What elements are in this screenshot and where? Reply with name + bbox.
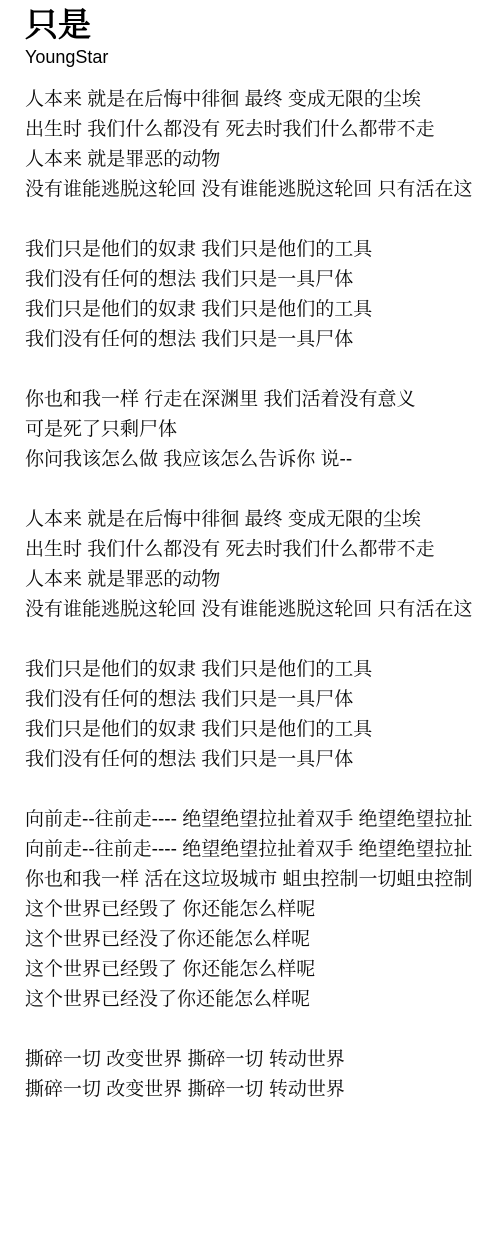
lyric-line: 撕碎一切 改变世界 撕碎一切 转动世界 bbox=[25, 1045, 500, 1075]
lyrics-section: 你也和我一样 行走在深渊里 我们活着没有意义可是死了只剩尸体你问我该怎么做 我应… bbox=[25, 385, 500, 475]
lyric-line: 没有谁能逃脱这轮回 没有谁能逃脱这轮回 只有活在这 bbox=[25, 595, 500, 625]
lyric-line: 人本来 就是罪恶的动物 bbox=[25, 145, 500, 175]
lyric-line: 向前走--往前走---- 绝望绝望拉扯着双手 绝望绝望拉扯 bbox=[25, 835, 500, 865]
lyric-line: 我们只是他们的奴隶 我们只是他们的工具 bbox=[25, 655, 500, 685]
artist-name: YoungStar bbox=[25, 45, 500, 69]
lyrics-section: 人本来 就是在后悔中徘徊 最终 变成无限的尘埃出生时 我们什么都没有 死去时我们… bbox=[25, 85, 500, 205]
lyric-line: 你也和我一样 活在这垃圾城市 蛆虫控制一切蛆虫控制 bbox=[25, 865, 500, 895]
lyric-line: 这个世界已经没了你还能怎么样呢 bbox=[25, 925, 500, 955]
lyric-line: 我们没有任何的想法 我们只是一具尸体 bbox=[25, 325, 500, 355]
lyrics-section: 撕碎一切 改变世界 撕碎一切 转动世界撕碎一切 改变世界 撕碎一切 转动世界 bbox=[25, 1045, 500, 1105]
lyrics-page: 只是 YoungStar 人本来 就是在后悔中徘徊 最终 变成无限的尘埃出生时 … bbox=[0, 0, 500, 1105]
lyric-line: 人本来 就是在后悔中徘徊 最终 变成无限的尘埃 bbox=[25, 85, 500, 115]
lyrics-section: 我们只是他们的奴隶 我们只是他们的工具我们没有任何的想法 我们只是一具尸体我们只… bbox=[25, 235, 500, 355]
lyric-line: 这个世界已经没了你还能怎么样呢 bbox=[25, 985, 500, 1015]
lyric-line: 我们只是他们的奴隶 我们只是他们的工具 bbox=[25, 235, 500, 265]
lyric-line: 我们没有任何的想法 我们只是一具尸体 bbox=[25, 265, 500, 295]
lyric-line: 我们只是他们的奴隶 我们只是他们的工具 bbox=[25, 715, 500, 745]
lyric-line: 人本来 就是在后悔中徘徊 最终 变成无限的尘埃 bbox=[25, 505, 500, 535]
lyric-line: 没有谁能逃脱这轮回 没有谁能逃脱这轮回 只有活在这 bbox=[25, 175, 500, 205]
lyric-line: 我们没有任何的想法 我们只是一具尸体 bbox=[25, 685, 500, 715]
lyrics-section: 向前走--往前走---- 绝望绝望拉扯着双手 绝望绝望拉扯向前走--往前走---… bbox=[25, 805, 500, 1015]
lyrics-body: 人本来 就是在后悔中徘徊 最终 变成无限的尘埃出生时 我们什么都没有 死去时我们… bbox=[25, 85, 500, 1105]
lyrics-section: 人本来 就是在后悔中徘徊 最终 变成无限的尘埃出生时 我们什么都没有 死去时我们… bbox=[25, 505, 500, 625]
lyric-line: 你问我该怎么做 我应该怎么告诉你 说-- bbox=[25, 445, 500, 475]
lyric-line: 这个世界已经毁了 你还能怎么样呢 bbox=[25, 955, 500, 985]
song-title: 只是 bbox=[25, 6, 500, 44]
lyric-line: 向前走--往前走---- 绝望绝望拉扯着双手 绝望绝望拉扯 bbox=[25, 805, 500, 835]
lyric-line: 撕碎一切 改变世界 撕碎一切 转动世界 bbox=[25, 1075, 500, 1105]
lyric-line: 人本来 就是罪恶的动物 bbox=[25, 565, 500, 595]
lyrics-section: 我们只是他们的奴隶 我们只是他们的工具我们没有任何的想法 我们只是一具尸体我们只… bbox=[25, 655, 500, 775]
lyric-line: 你也和我一样 行走在深渊里 我们活着没有意义 bbox=[25, 385, 500, 415]
lyric-line: 可是死了只剩尸体 bbox=[25, 415, 500, 445]
lyric-line: 出生时 我们什么都没有 死去时我们什么都带不走 bbox=[25, 115, 500, 145]
lyric-line: 我们只是他们的奴隶 我们只是他们的工具 bbox=[25, 295, 500, 325]
lyric-line: 我们没有任何的想法 我们只是一具尸体 bbox=[25, 745, 500, 775]
lyric-line: 这个世界已经毁了 你还能怎么样呢 bbox=[25, 895, 500, 925]
lyric-line: 出生时 我们什么都没有 死去时我们什么都带不走 bbox=[25, 535, 500, 565]
